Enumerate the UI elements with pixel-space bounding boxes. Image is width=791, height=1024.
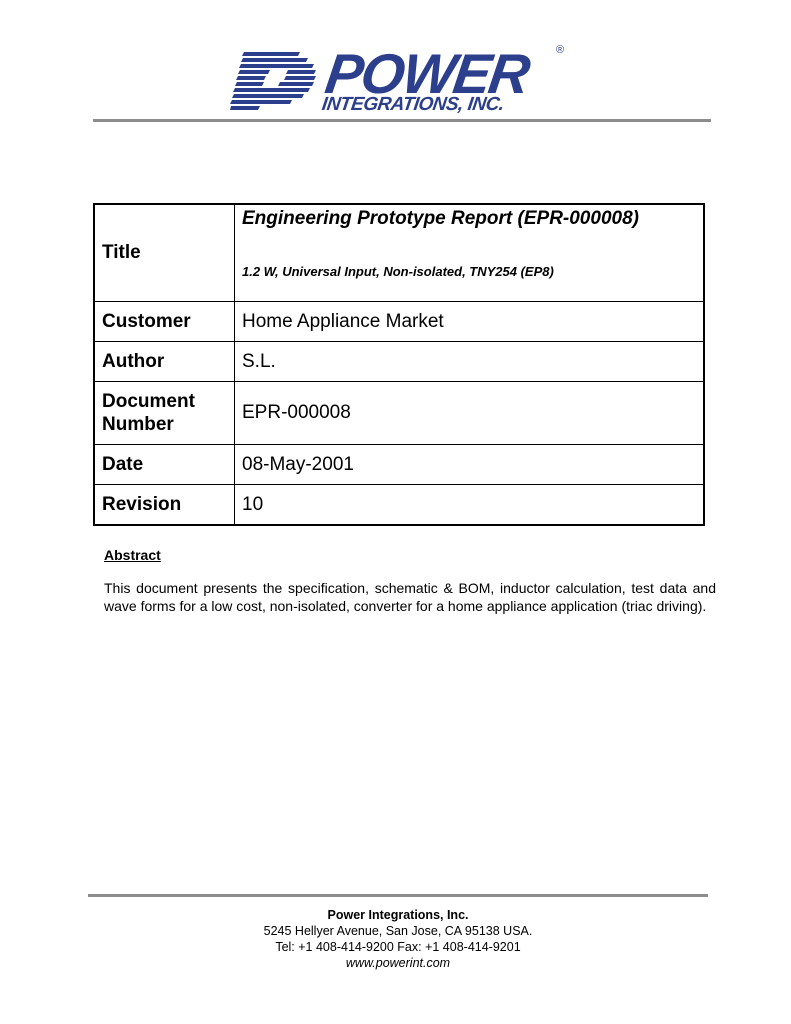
author-value: S.L. [235, 342, 705, 382]
footer: Power Integrations, Inc. 5245 Hellyer Av… [88, 907, 708, 971]
abstract-body: This document presents the specification… [104, 579, 716, 615]
footer-divider [88, 894, 708, 897]
table-row-author: Author S.L. [94, 342, 704, 382]
table-row-title: Title Engineering Prototype Report (EPR-… [94, 204, 704, 302]
table-row-revision: Revision 10 [94, 485, 704, 526]
title-label: Title [94, 204, 235, 302]
registered-mark: ® [556, 44, 564, 56]
logo-subtitle: INTEGRATIONS, INC. [320, 94, 505, 116]
document-info-table: Title Engineering Prototype Report (EPR-… [93, 203, 705, 526]
footer-phone-fax: Tel: +1 408-414-9200 Fax: +1 408-414-920… [88, 939, 708, 955]
logo-stripes-icon [230, 52, 330, 114]
footer-website-link[interactable]: www.powerint.com [88, 955, 708, 971]
header-divider [93, 119, 711, 122]
abstract-heading: Abstract [104, 547, 161, 563]
footer-address: 5245 Hellyer Avenue, San Jose, CA 95138 … [88, 923, 708, 939]
document-number-label-line1: Document [102, 390, 227, 413]
footer-company: Power Integrations, Inc. [88, 907, 708, 923]
document-number-value: EPR-000008 [235, 382, 705, 445]
company-logo: POWER INTEGRATIONS, INC. ® [230, 44, 570, 116]
customer-label: Customer [94, 302, 235, 342]
customer-value: Home Appliance Market [235, 302, 705, 342]
table-row-document-number: Document Number EPR-000008 [94, 382, 704, 445]
revision-label: Revision [94, 485, 235, 526]
date-label: Date [94, 445, 235, 485]
revision-value: 10 [235, 485, 705, 526]
date-value: 08-May-2001 [235, 445, 705, 485]
table-row-date: Date 08-May-2001 [94, 445, 704, 485]
title-value: Engineering Prototype Report (EPR-000008… [235, 204, 705, 302]
report-subtitle: 1.2 W, Universal Input, Non-isolated, TN… [242, 264, 696, 279]
table-row-customer: Customer Home Appliance Market [94, 302, 704, 342]
author-label: Author [94, 342, 235, 382]
document-number-label: Document Number [94, 382, 235, 445]
report-title: Engineering Prototype Report (EPR-000008… [242, 208, 696, 230]
document-number-label-line2: Number [102, 413, 227, 436]
